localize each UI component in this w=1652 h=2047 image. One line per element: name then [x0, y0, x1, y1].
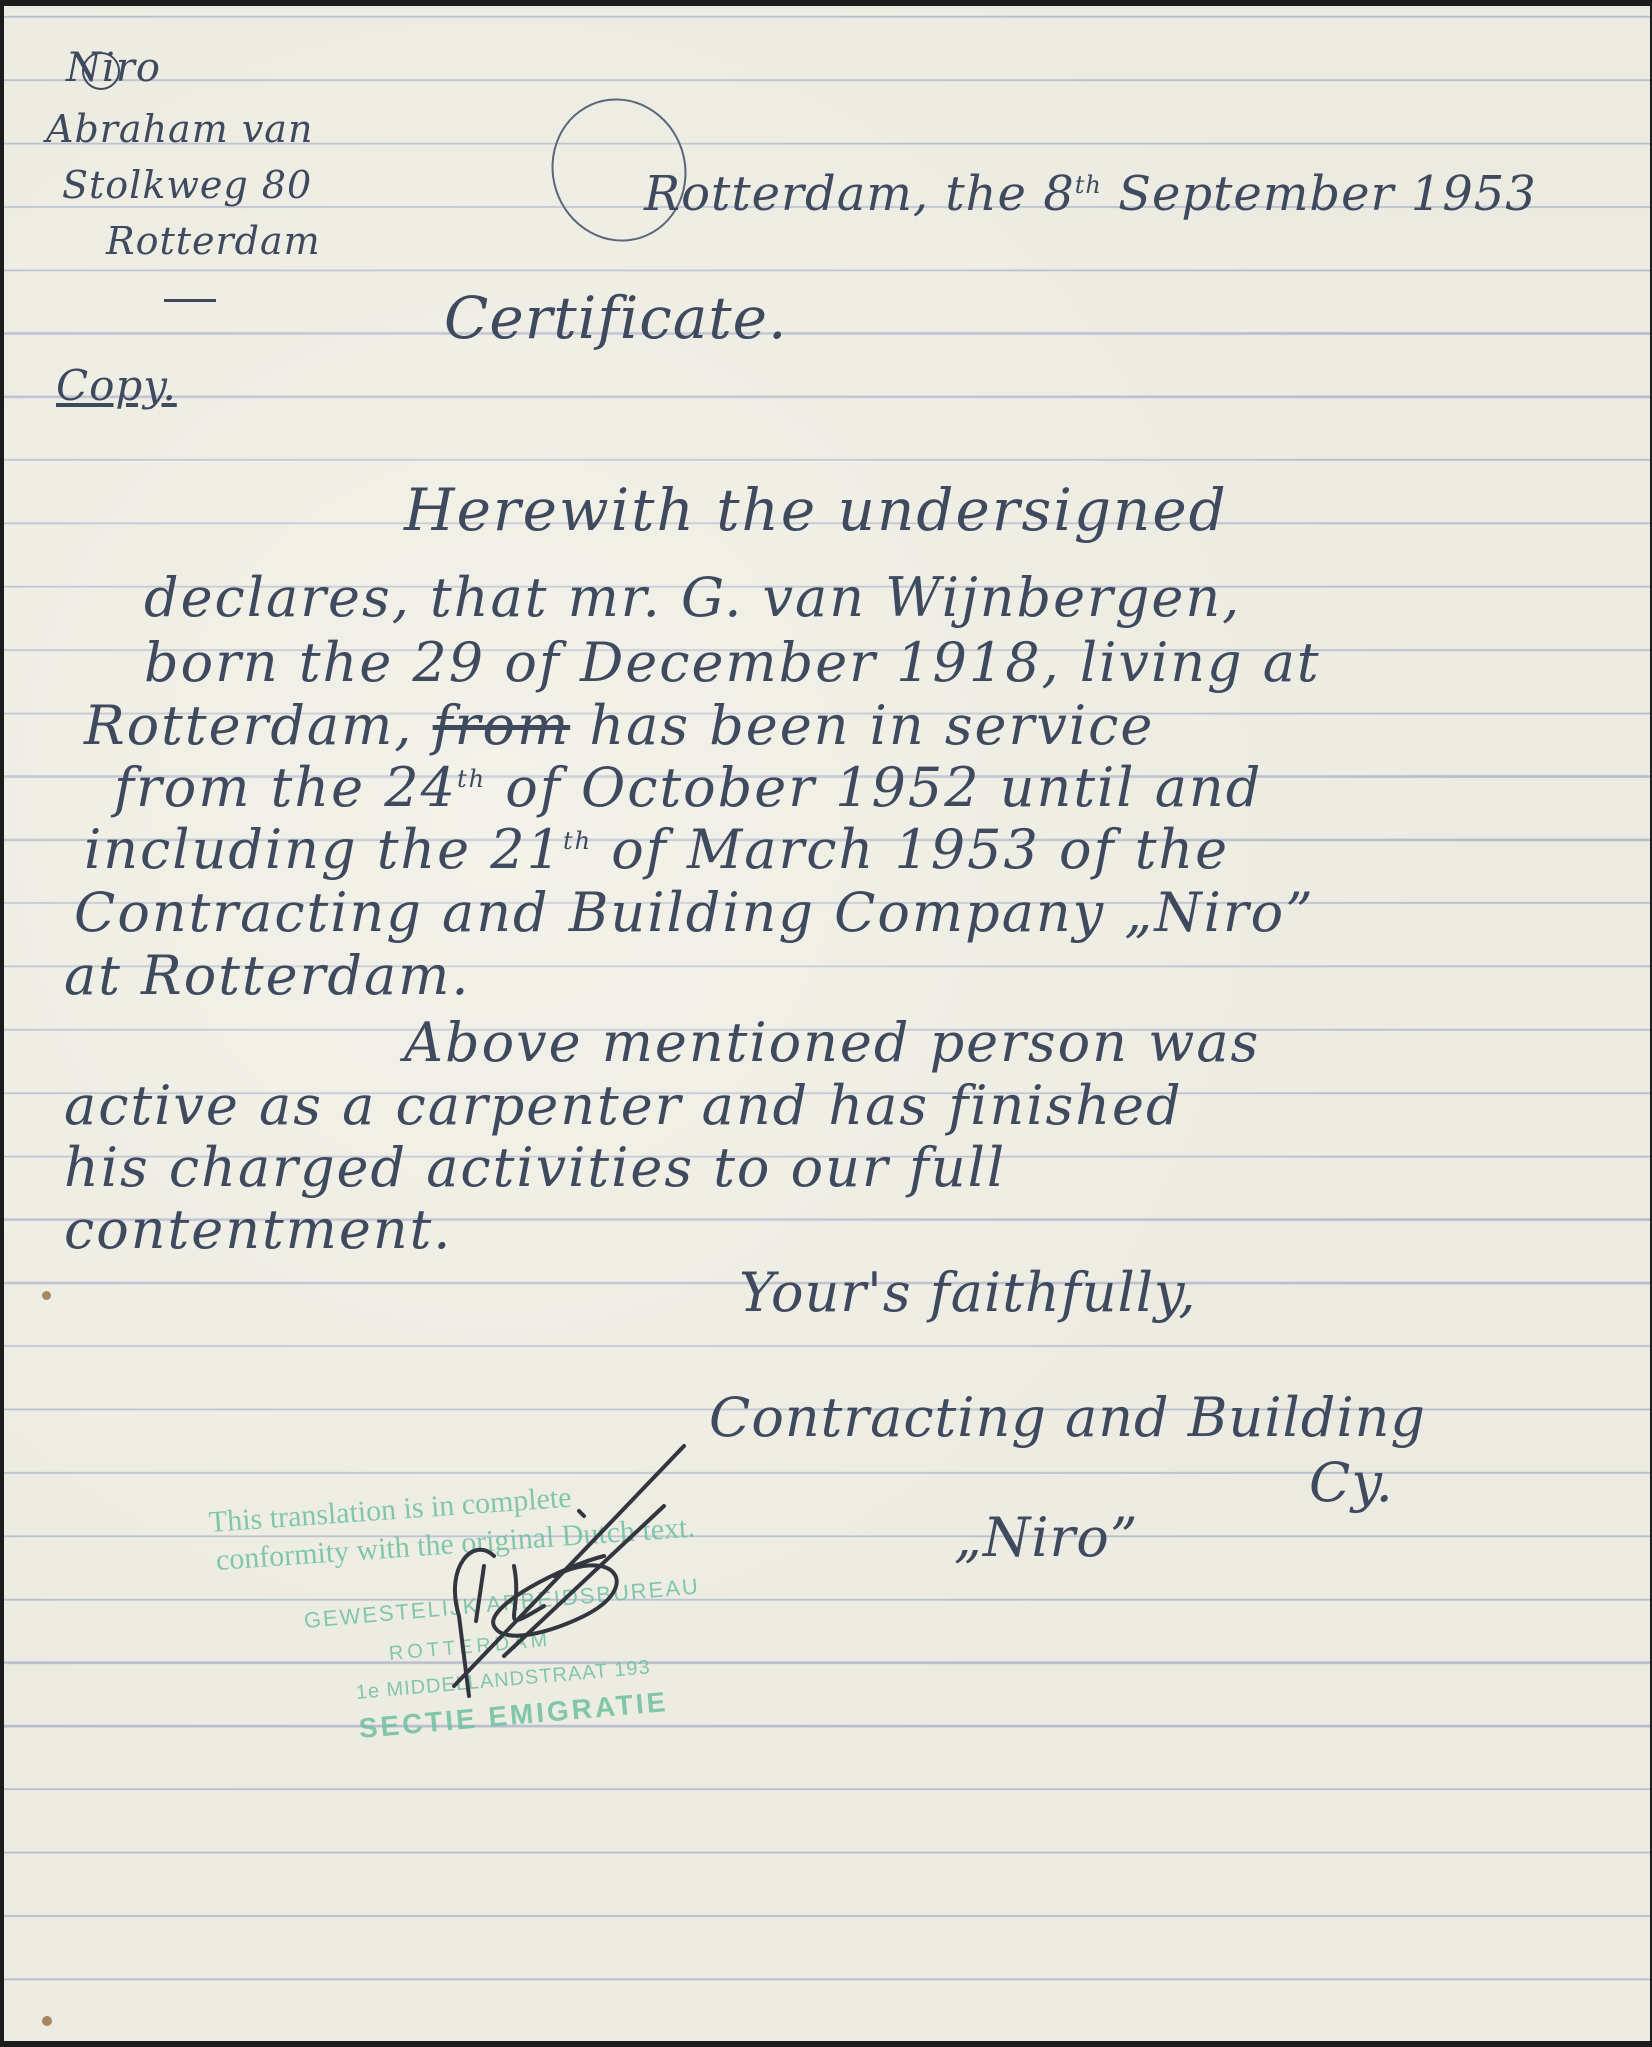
body-line-6-start: including the 21 — [84, 818, 563, 881]
closing-company-line-1: Contracting and Building — [709, 1386, 1426, 1449]
body-line-10: active as a carpenter and has finished — [64, 1074, 1183, 1137]
document-page: Niro Abraham van Stolkweg 80 Rotterdam C… — [4, 6, 1650, 2041]
date-rest: September 1953 — [1118, 166, 1537, 222]
date-line: Rotterdam, the 8th September 1953 — [644, 166, 1537, 222]
struck-word: from — [433, 694, 571, 757]
closing-company-name: „Niro” — [954, 1506, 1138, 1569]
signature-icon — [384, 1436, 704, 1726]
ordinal-th: th — [563, 827, 592, 855]
body-line-8: at Rotterdam. — [64, 944, 471, 1007]
address-line-2: Abraham van — [46, 110, 313, 148]
closing-salutation: Your's faithfully, — [739, 1261, 1197, 1324]
address-line-3: Stolkweg 80 — [62, 166, 312, 204]
ordinal-th: th — [457, 765, 486, 793]
date-ordinal: th — [1075, 171, 1102, 199]
copy-label: Copy. — [56, 361, 177, 410]
body-line-9: Above mentioned person was — [404, 1011, 1260, 1074]
document-title: Certificate. — [444, 284, 787, 352]
body-line-3: born the 29 of December 1918, living at — [144, 631, 1321, 694]
body-line-1: Herewith the undersigned — [404, 476, 1228, 544]
body-line-5-start: from the 24 — [114, 756, 457, 819]
foxing-spot — [42, 2016, 52, 2026]
date-place: Rotterdam, the 8 — [644, 166, 1075, 222]
body-line-4-start: Rotterdam, — [84, 694, 413, 757]
foxing-spot — [42, 1291, 51, 1300]
body-line-5-end: of October 1952 until and — [505, 756, 1262, 819]
body-line-5: from the 24th of October 1952 until and — [114, 756, 1262, 819]
closing-company-line-2: Cy. — [1309, 1451, 1394, 1514]
body-line-6-end: of March 1953 of the — [611, 818, 1229, 881]
body-line-4: Rotterdam, from has been in service — [84, 694, 1154, 757]
body-line-11: his charged activities to our full — [64, 1136, 1006, 1199]
body-line-6: including the 21th of March 1953 of the — [84, 818, 1229, 881]
dash-mark — [164, 299, 216, 302]
body-line-4-end: has been in service — [589, 694, 1154, 757]
body-line-2: declares, that mr. G. van Wijnbergen, — [144, 566, 1241, 629]
body-line-12: contentment. — [64, 1198, 452, 1261]
address-line-4: Rotterdam — [106, 222, 321, 260]
address-line-1: Niro — [66, 48, 161, 88]
body-line-7: Contracting and Building Company „Niro” — [74, 881, 1315, 944]
